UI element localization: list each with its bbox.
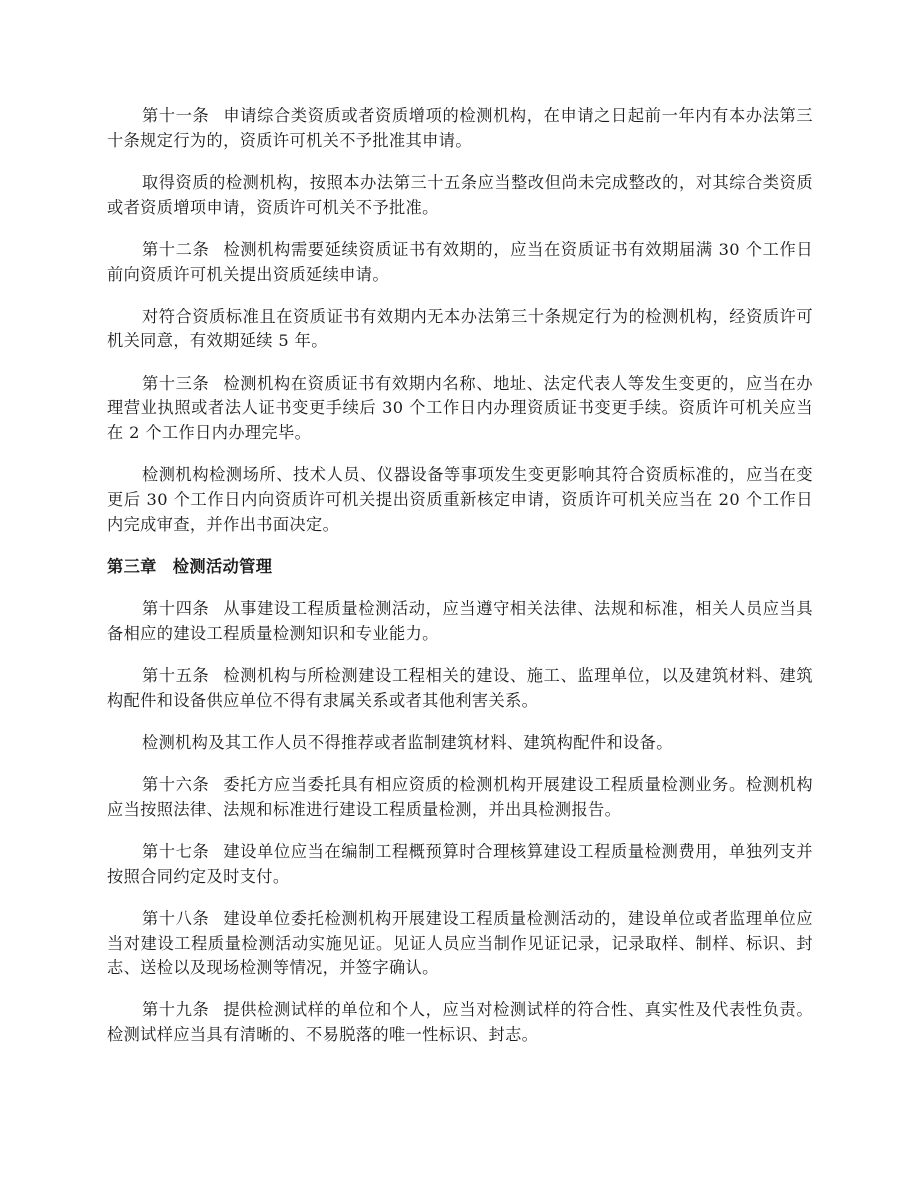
chapter-title: 检测活动管理 <box>173 557 273 576</box>
article-19-paragraph: 第十九条提供检测试样的单位和个人，应当对检测试样的符合性、真实性及代表性负责。检… <box>107 998 813 1047</box>
article-17-paragraph: 第十七条建设单位应当在编制工程概预算时合理核算建设工程质量检测费用，单独列支并按… <box>107 840 813 889</box>
article-number: 第十一条 <box>142 106 209 125</box>
article-18-paragraph: 第十八条建设单位委托检测机构开展建设工程质量检测活动的，建设单位或者监理单位应当… <box>107 907 813 981</box>
article-text: 检测机构需要延续资质证书有效期的，应当在资质证书有效期届满 30 个工作日前向资… <box>107 240 813 284</box>
chapter-heading: 第三章检测活动管理 <box>107 555 813 580</box>
article-text: 检测机构与所检测建设工程相关的建设、施工、监理单位，以及建筑材料、建筑构配件和设… <box>107 666 813 710</box>
paragraph-text: 取得资质的检测机构，按照本办法第三十五条应当整改但尚未完成整改的，对其综合类资质… <box>107 173 813 217</box>
document-page: 第十一条申请综合类资质或者资质增项的检测机构，在申请之日起前一年内有本办法第三十… <box>107 104 813 1065</box>
article-text: 建设单位应当在编制工程概预算时合理核算建设工程质量检测费用，单独列支并按照合同约… <box>107 842 813 886</box>
article-13-paragraph-2: 检测机构检测场所、技术人员、仪器设备等事项发生变更影响其符合资质标准的，应当在变… <box>107 463 813 537</box>
article-11-paragraph-2: 取得资质的检测机构，按照本办法第三十五条应当整改但尚未完成整改的，对其综合类资质… <box>107 171 813 220</box>
article-text: 提供检测试样的单位和个人，应当对检测试样的符合性、真实性及代表性负责。检测试样应… <box>107 1000 813 1044</box>
article-15-paragraph-2: 检测机构及其工作人员不得推荐或者监制建筑材料、建筑构配件和设备。 <box>107 731 813 756</box>
article-number: 第十二条 <box>142 240 209 259</box>
article-text: 检测机构在资质证书有效期内名称、地址、法定代表人等发生变更的，应当在办理营业执照… <box>107 374 813 442</box>
paragraph-text: 检测机构检测场所、技术人员、仪器设备等事项发生变更影响其符合资质标准的，应当在变… <box>107 465 813 533</box>
article-number: 第十三条 <box>142 374 209 393</box>
chapter-number: 第三章 <box>107 557 157 576</box>
paragraph-text: 检测机构及其工作人员不得推荐或者监制建筑材料、建筑构配件和设备。 <box>142 733 673 752</box>
article-text: 委托方应当委托具有相应资质的检测机构开展建设工程质量检测业务。检测机构应当按照法… <box>107 775 813 819</box>
article-number: 第十五条 <box>142 666 209 685</box>
article-12-paragraph: 第十二条检测机构需要延续资质证书有效期的，应当在资质证书有效期届满 30 个工作… <box>107 238 813 287</box>
article-number: 第十六条 <box>142 775 209 794</box>
article-15-paragraph: 第十五条检测机构与所检测建设工程相关的建设、施工、监理单位，以及建筑材料、建筑构… <box>107 664 813 713</box>
article-14-paragraph: 第十四条从事建设工程质量检测活动，应当遵守相关法律、法规和标准，相关人员应当具备… <box>107 597 813 646</box>
article-text: 从事建设工程质量检测活动，应当遵守相关法律、法规和标准，相关人员应当具备相应的建… <box>107 599 813 643</box>
article-11-paragraph: 第十一条申请综合类资质或者资质增项的检测机构，在申请之日起前一年内有本办法第三十… <box>107 104 813 153</box>
paragraph-text: 对符合资质标准且在资质证书有效期内无本办法第三十条规定行为的检测机构，经资质许可… <box>107 307 813 351</box>
article-number: 第十九条 <box>142 1000 209 1019</box>
article-13-paragraph: 第十三条检测机构在资质证书有效期内名称、地址、法定代表人等发生变更的，应当在办理… <box>107 372 813 446</box>
article-12-paragraph-2: 对符合资质标准且在资质证书有效期内无本办法第三十条规定行为的检测机构，经资质许可… <box>107 305 813 354</box>
article-text: 建设单位委托检测机构开展建设工程质量检测活动的，建设单位或者监理单位应当对建设工… <box>107 909 813 977</box>
article-number: 第十四条 <box>142 599 209 618</box>
article-number: 第十八条 <box>142 909 209 928</box>
article-text: 申请综合类资质或者资质增项的检测机构，在申请之日起前一年内有本办法第三十条规定行… <box>107 106 813 150</box>
article-16-paragraph: 第十六条委托方应当委托具有相应资质的检测机构开展建设工程质量检测业务。检测机构应… <box>107 773 813 822</box>
article-number: 第十七条 <box>142 842 209 861</box>
